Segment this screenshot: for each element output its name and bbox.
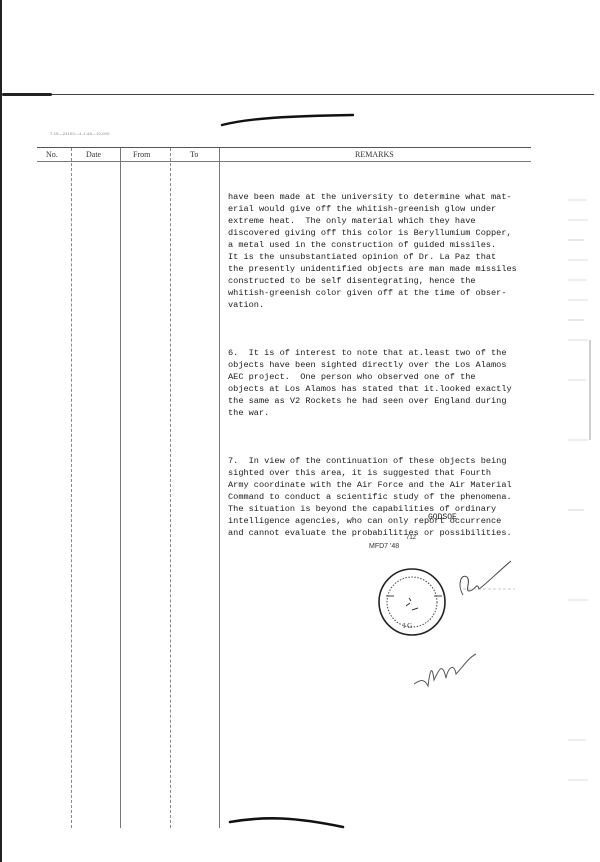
remarks-line: vation.: [228, 299, 538, 311]
table-top-rule: [37, 147, 531, 148]
remarks-paragraph-7: 7. In view of the continuation of these …: [228, 455, 538, 539]
remarks-line: 6. It is of interest to note that at.lea…: [228, 347, 538, 359]
remarks-line: 7. In view of the continuation of these …: [228, 455, 538, 467]
remarks-line: AEC project. One person who observed one…: [228, 371, 538, 383]
remarks-continuation: have been made at the university to dete…: [228, 191, 538, 311]
remarks-line: The situation is beyond the capabilities…: [228, 503, 538, 515]
remarks-line: erial would give off the whitish-greenis…: [228, 203, 538, 215]
remarks-line: whitish-greenish color given off at the …: [228, 287, 538, 299]
remarks-line: a metal used in the construction of guid…: [228, 239, 538, 251]
remarks-line: sighted over this area, it is suggested …: [228, 467, 538, 479]
stamp-date: MFD7 '48: [369, 543, 399, 550]
header-no: No.: [46, 150, 58, 159]
pen-stroke-mark: [220, 113, 355, 127]
scan-margin-artifact: [566, 180, 592, 860]
column-divider-to: [219, 148, 220, 828]
remarks-line: and cannot evaluate the probabilities or…: [228, 527, 538, 539]
remarks-line: Command to conduct a scientific study of…: [228, 491, 538, 503]
header-date: Date: [86, 150, 101, 159]
scan-edge: [0, 0, 2, 862]
remarks-line: the war.: [228, 407, 538, 419]
remarks-line: discovered giving off this color is Bery…: [228, 227, 538, 239]
column-divider-no: [71, 148, 72, 828]
stamp-date-top: 712: [406, 535, 416, 541]
signature-name: GODSOE: [428, 513, 457, 522]
remarks-line: objects have been sighted directly over …: [228, 359, 538, 371]
remarks-body: have been made at the university to dete…: [228, 167, 538, 563]
header-to: To: [190, 150, 198, 159]
header-bottom-rule: [37, 161, 531, 162]
remarks-line: the presently unidentified objects are m…: [228, 263, 538, 275]
handwritten-initials-upper: [455, 555, 515, 600]
header-remarks: REMARKS: [355, 150, 394, 159]
remarks-line: extreme heat. The only material which th…: [228, 215, 538, 227]
bottom-pen-stroke: [225, 815, 345, 830]
remarks-line: It is the unsubstantiated opinion of Dr.…: [228, 251, 538, 263]
remarks-line: Army coordinate with the Air Force and t…: [228, 479, 538, 491]
form-number: 7:15—24100—4-1-48—10,000: [50, 131, 110, 136]
remarks-line: constructed to be self disentegrating, h…: [228, 275, 538, 287]
remarks-line: have been made at the university to dete…: [228, 191, 538, 203]
svg-text:I G: I G: [403, 622, 412, 630]
header-from: From: [133, 150, 150, 159]
handwritten-initials-lower: [410, 650, 480, 690]
column-divider-from: [170, 148, 171, 828]
top-rule-line: [2, 94, 594, 95]
remarks-line: the same as V2 Rockets he had seen over …: [228, 395, 538, 407]
column-divider-date: [120, 148, 121, 828]
remarks-line: intelligence agencies, who can only repo…: [228, 515, 538, 527]
official-seal-icon: I G: [376, 566, 448, 638]
remarks-paragraph-6: 6. It is of interest to note that at.lea…: [228, 347, 538, 419]
remarks-line: objects at Los Alamos has stated that it…: [228, 383, 538, 395]
